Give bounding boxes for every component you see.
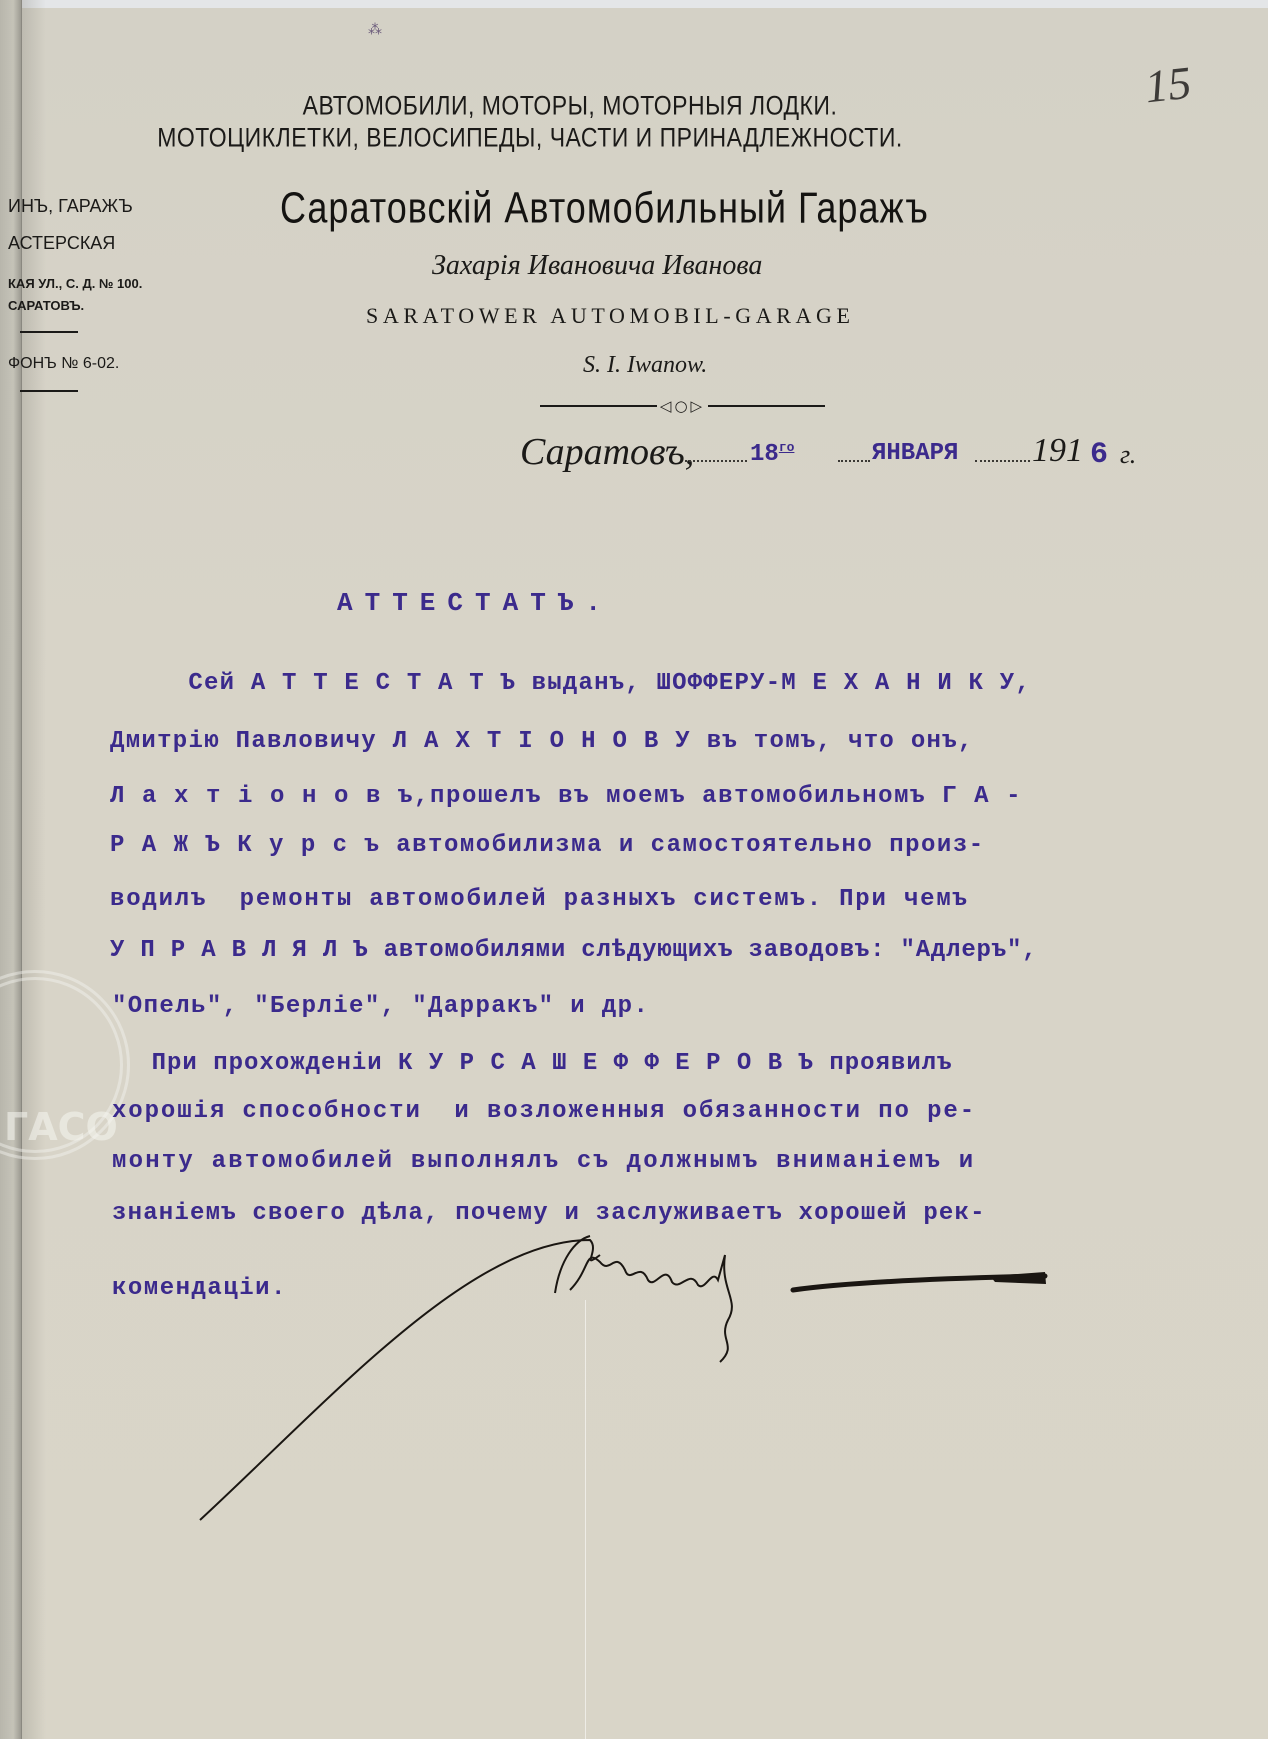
letterhead-owner-name: Захарія Ивановича Иванова xyxy=(432,250,762,282)
body-line: Сей А Т Т Е С Т А Т Ъ выданъ, ШОФФЕРУ-М … xyxy=(126,670,1031,697)
body-line: Дмитрію Павловичу Л А Х Т І О Н О В У въ… xyxy=(110,728,974,755)
ornament-rule-left xyxy=(540,405,657,407)
letterhead-side-address: КАЯ УЛ., С. Д. № 100. xyxy=(8,276,142,291)
date-day-suffix: го xyxy=(779,440,795,455)
body-line: Л а х т і о н о в ъ,прошелъ въ моемъ авт… xyxy=(110,783,1022,810)
letterhead-company-name: Саратовскій Автомобильный Гаражъ xyxy=(280,183,929,233)
paper-top-edge xyxy=(22,0,1268,8)
letterhead-german-name: SARATOWER AUTOMOBIL-GARAGE xyxy=(366,303,855,329)
date-dots xyxy=(685,460,747,462)
body-line: При прохожденіи К У Р С А Ш Е Ф Ф Е Р О … xyxy=(90,1050,953,1077)
date-dots xyxy=(838,460,870,462)
ornament-rule-right xyxy=(708,405,825,407)
letterhead-side-line-2: АСТЕРСКАЯ xyxy=(8,233,115,254)
date-dots xyxy=(975,460,1030,462)
ink-speck: ⁂ xyxy=(368,22,382,38)
date-year-printed: 191 xyxy=(1032,432,1083,470)
date-year-abbr: г. xyxy=(1120,440,1136,470)
ornament-glyph-icon: ◁○▷ xyxy=(657,397,708,415)
body-line: хорошія способности и возложенныя обязан… xyxy=(112,1098,976,1125)
letterhead-german-owner: S. I. Iwanow. xyxy=(583,352,707,379)
date-year-typed: 6 xyxy=(1090,438,1108,472)
body-line: монту автомобилей выполнялъ съ должнымъ … xyxy=(112,1148,975,1175)
letterhead-products-line-1: АВТОМОБИЛИ, МОТОРЫ, МОТОРНЫЯ ЛОДКИ. xyxy=(60,90,1080,122)
date-city: Саратовъ, xyxy=(520,430,694,474)
letterhead-products-line-2: МОТОЦИКЛЕТКИ, ВЕЛОСИПЕДЫ, ЧАСТИ И ПРИНАД… xyxy=(20,122,1040,154)
body-line: комендаціи. xyxy=(112,1275,287,1302)
binding-edge xyxy=(0,0,22,1739)
date-month: ЯНВАРЯ xyxy=(872,440,958,467)
paper-fold-line xyxy=(585,1300,586,1739)
document-title: АТТЕСТАТЪ. xyxy=(337,588,613,618)
date-line: Саратовъ, 18го ЯНВАРЯ 191 6 г. xyxy=(520,430,1140,480)
date-day: 18го xyxy=(750,440,794,468)
body-line: знаніемъ своего дѣла, почему и заслужива… xyxy=(112,1200,986,1227)
side-divider xyxy=(20,390,78,392)
letterhead-ornament-divider: ◁○▷ xyxy=(540,396,825,416)
side-divider xyxy=(20,331,78,333)
binding-shadow xyxy=(22,0,46,1739)
body-line: Р А Ж Ъ К у р с ъ автомобилизма и самост… xyxy=(110,832,985,859)
archive-stamp-text: ГАСО xyxy=(4,1105,118,1149)
letterhead-side-phone: ФОНЪ № 6-02. xyxy=(8,355,119,373)
body-line: "Опель", "Берліе", "Дарракъ" и др. xyxy=(112,993,649,1020)
body-line: водилъ ремонты автомобилей разныхъ систе… xyxy=(110,886,969,913)
letterhead-side-city: САРАТОВЪ. xyxy=(8,298,84,313)
archive-page-number: 15 xyxy=(1142,56,1193,114)
body-line: У П Р А В Л Я Л Ъ автомобилями слѣдующих… xyxy=(110,937,1037,964)
letterhead-side-line-1: ИНЪ, ГАРАЖЪ xyxy=(8,196,133,217)
